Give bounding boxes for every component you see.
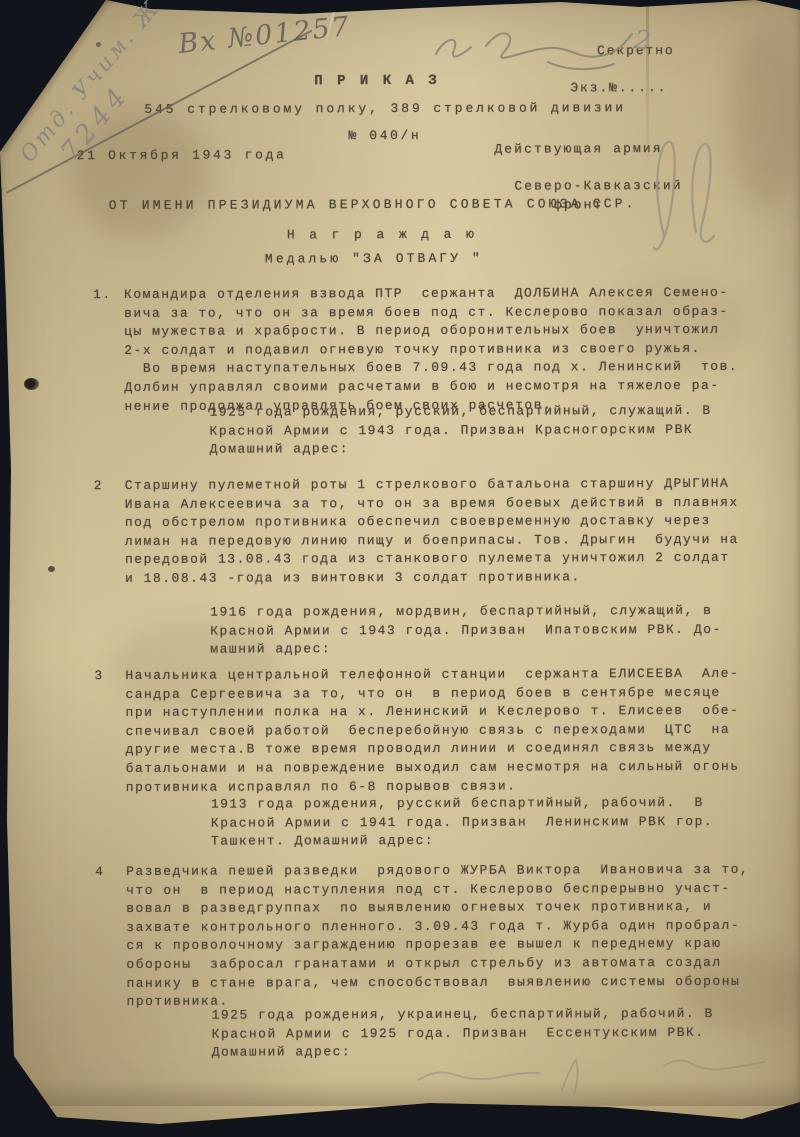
scanned-document-page: { "page": { "background_color": "#12141b… bbox=[0, 0, 800, 1137]
handwritten-annotations-layer: Вх №01257 Отд. Учим. Ж 7244 2 bbox=[0, 0, 800, 1137]
bottom-pencil-scribbles bbox=[412, 1050, 782, 1098]
handwritten-registration-number: Вх №01257 bbox=[177, 11, 352, 60]
signature-scrawl bbox=[428, 18, 648, 86]
margin-pencil-scrawl bbox=[638, 128, 728, 268]
handwritten-diagonal-note: Отд. Учим. Ж 7244 bbox=[14, 0, 192, 190]
